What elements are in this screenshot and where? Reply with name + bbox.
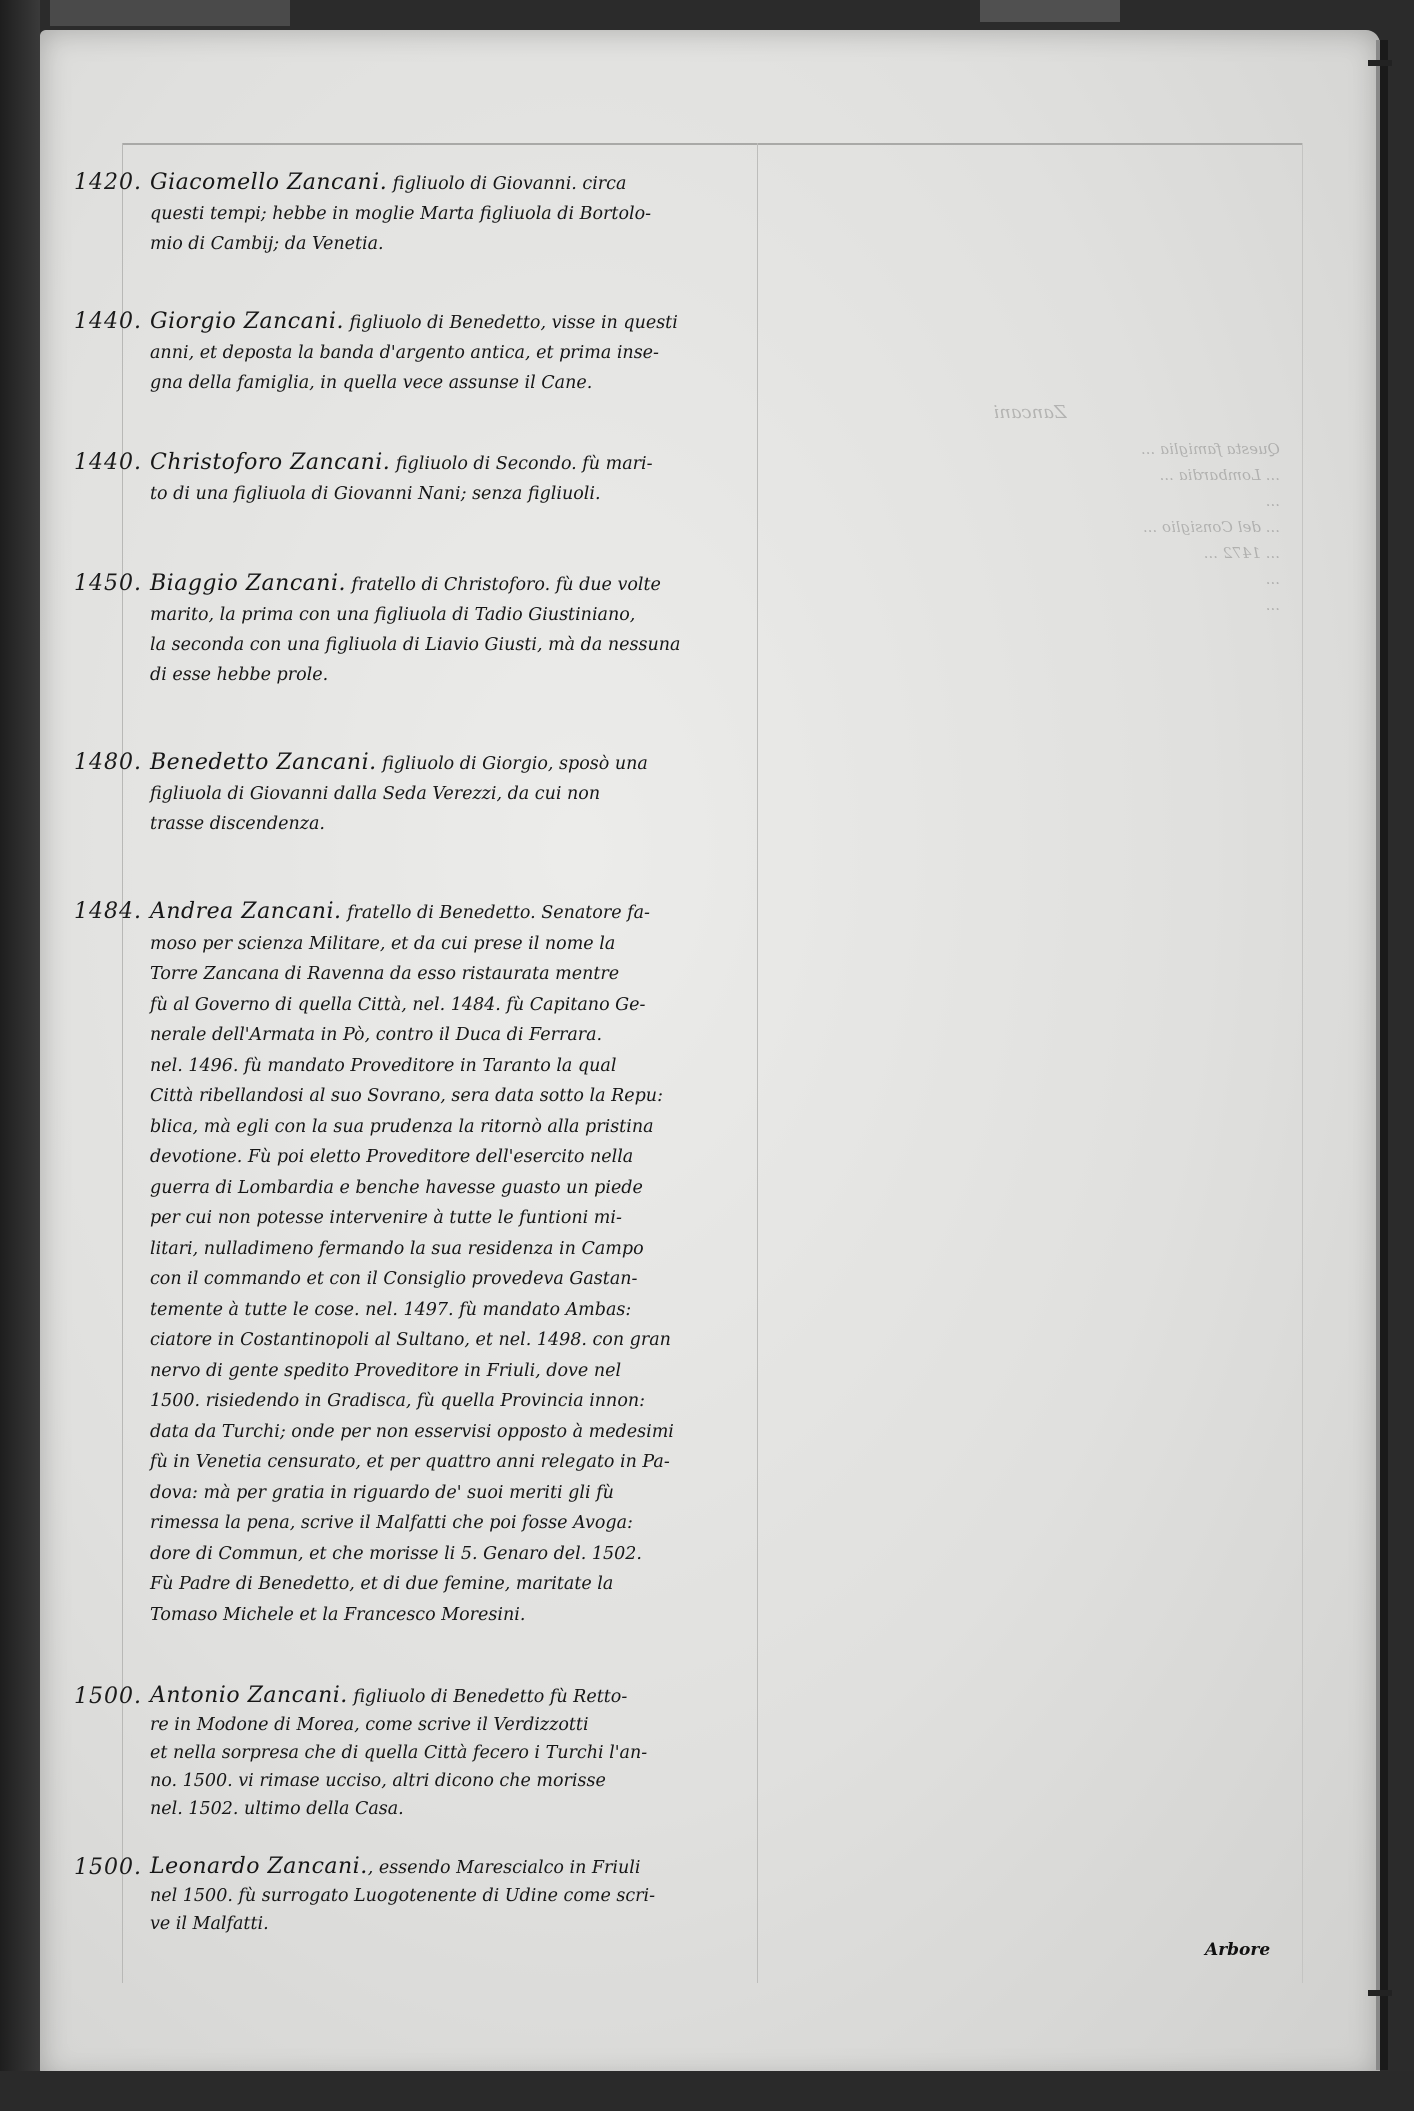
binding-thread <box>1376 40 1388 2070</box>
entry-text-line: blica, mà egli con la sua prudenza la ri… <box>150 1112 754 1143</box>
entry-year: 1480. <box>74 750 142 775</box>
genealogy-entries: 1420. Giacomello Zancani. figliuolo di G… <box>74 168 754 1938</box>
entry-text-line: , essendo Marescialco in Friuli <box>368 1858 641 1878</box>
entry-text-line: nel 1500. fù surrogato Luogotenente di U… <box>150 1882 754 1910</box>
entry-name: Leonardo Zancani. <box>150 1854 368 1879</box>
bleed-through-title: Zancani <box>780 400 1280 426</box>
entry-text-line: questi tempi; hebbe in moglie Marta figl… <box>150 199 754 229</box>
genealogy-entry: 1450. Biaggio Zancani. fratello di Chris… <box>74 569 754 690</box>
bleed-through-line: ... <box>780 488 1280 514</box>
scan-border-top-left <box>50 0 290 26</box>
entry-name: Biaggio Zancani. <box>150 571 346 596</box>
entry-text-line: con il commando et con il Consiglio prov… <box>150 1264 754 1295</box>
binding-knot <box>1368 1990 1392 1996</box>
scan-border-bottom <box>0 2071 1414 2111</box>
entry-name: Christoforo Zancani. <box>150 450 390 475</box>
entry-text-line: figliuolo di Giorgio, sposò una <box>382 754 648 774</box>
binding-knot <box>1368 60 1392 66</box>
entry-text-line: figliuolo di Giovanni. circa <box>393 174 627 194</box>
bleed-through-text: Zancani Questa famiglia ... ... Lombardi… <box>780 400 1280 618</box>
entry-text-line: dore di Commun, et che morisse li 5. Gen… <box>150 1539 754 1570</box>
entry-year: 1420. <box>74 170 142 195</box>
genealogy-entry: 1500. Leonardo Zancani., essendo Maresci… <box>74 1853 754 1938</box>
entry-text-line: marito, la prima con una figliuola di Ta… <box>150 600 754 630</box>
entry-text-line: data da Turchi; onde per non esservisi o… <box>150 1417 754 1448</box>
bleed-through-line: Questa famiglia ... <box>780 436 1280 462</box>
genealogy-entry: 1420. Giacomello Zancani. figliuolo di G… <box>74 168 754 259</box>
entry-text-line: no. 1500. vi rimase ucciso, altri dicono… <box>150 1767 754 1795</box>
catchword: Arbore <box>1205 1940 1270 1960</box>
entry-text-line: di esse hebbe prole. <box>150 660 754 690</box>
entry-text-line: nerale dell'Armata in Pò, contro il Duca… <box>150 1020 754 1051</box>
entry-year: 1484. <box>74 899 142 924</box>
entry-text-line: devotione. Fù poi eletto Proveditore del… <box>150 1142 754 1173</box>
entry-text-line: dova: mà per gratia in riguardo de' suoi… <box>150 1478 754 1509</box>
entry-text-line: rimessa la pena, scrive il Malfatti che … <box>150 1508 754 1539</box>
entry-text-line: ve il Malfatti. <box>150 1910 754 1938</box>
entry-text-line: litari, nulladimeno fermando la sua resi… <box>150 1234 754 1265</box>
entry-text-line: figliuolo di Benedetto, visse in questi <box>350 313 678 333</box>
entry-text-line: fù in Venetia censurato, et per quattro … <box>150 1447 754 1478</box>
entry-text-line: mio di Cambij; da Venetia. <box>150 229 754 259</box>
entry-year: 1440. <box>74 309 142 334</box>
entry-name: Benedetto Zancani. <box>150 750 377 775</box>
bleed-through-line: ... del Consiglio ... <box>780 514 1280 540</box>
entry-text-line: nel. 1502. ultimo della Casa. <box>150 1795 754 1823</box>
ruled-frame-right <box>1302 143 1303 1983</box>
entry-text-line: fù al Governo di quella Città, nel. 1484… <box>150 990 754 1021</box>
genealogy-entry: 1440. Giorgio Zancani. figliuolo di Bene… <box>74 307 754 398</box>
entry-text-line: fratello di Christoforo. fù due volte <box>352 575 661 595</box>
entry-text-line: trasse discendenza. <box>150 809 754 839</box>
entry-year: 1450. <box>74 571 142 596</box>
ruled-frame-top <box>122 143 1302 145</box>
entry-text-line: anni, et deposta la banda d'argento anti… <box>150 338 754 368</box>
bleed-through-line: ... Lombardia ... <box>780 462 1280 488</box>
entry-text-line: nel. 1496. fù mandato Proveditore in Tar… <box>150 1051 754 1082</box>
entry-text-line: Fù Padre di Benedetto, et di due femine,… <box>150 1569 754 1600</box>
entry-text-line: figliuolo di Secondo. fù mari- <box>396 454 653 474</box>
entry-text-line: fratello di Benedetto. Senatore fa- <box>347 903 650 923</box>
entry-name: Giorgio Zancani. <box>150 309 344 334</box>
bleed-through-line: ... <box>780 566 1280 592</box>
entry-text-line: Tomaso Michele et la Francesco Moresini. <box>150 1600 754 1631</box>
entry-text-line: Torre Zancana di Ravenna da esso ristaur… <box>150 959 754 990</box>
entry-text-line: per cui non potesse intervenire à tutte … <box>150 1203 754 1234</box>
bleed-through-line: ... <box>780 592 1280 618</box>
entry-name: Andrea Zancani. <box>150 899 342 924</box>
ruled-column-divider <box>757 143 758 1983</box>
genealogy-entry: 1440. Christoforo Zancani. figliuolo di … <box>74 448 754 509</box>
genealogy-entry: 1500. Antonio Zancani. figliuolo di Bene… <box>74 1682 754 1823</box>
entry-text-line: to di una figliuola di Giovanni Nani; se… <box>150 479 754 509</box>
entry-text-line: gna della famiglia, in quella vece assun… <box>150 368 754 398</box>
entry-text-line: 1500. risiedendo in Gradisca, fù quella … <box>150 1386 754 1417</box>
entry-text-line: figliuola di Giovanni dalla Seda Verezzi… <box>150 779 754 809</box>
entry-text-line: moso per scienza Militare, et da cui pre… <box>150 929 754 960</box>
genealogy-entry: 1480. Benedetto Zancani. figliuolo di Gi… <box>74 748 754 839</box>
entry-text-line: Città ribellandosi al suo Sovrano, sera … <box>150 1081 754 1112</box>
entry-text-line: la seconda con una figliuola di Liavio G… <box>150 630 754 660</box>
entry-name: Antonio Zancani. <box>150 1683 348 1708</box>
entry-text-line: ciatore in Costantinopoli al Sultano, et… <box>150 1325 754 1356</box>
entry-year: 1500. <box>74 1684 142 1709</box>
entry-text-line: nervo di gente spedito Proveditore in Fr… <box>150 1356 754 1387</box>
bleed-through-line: ... 1472 ... <box>780 540 1280 566</box>
entry-text-line: re in Modone di Morea, come scrive il Ve… <box>150 1711 754 1739</box>
scan-border-top-right <box>980 0 1120 22</box>
entry-name: Giacomello Zancani. <box>150 170 387 195</box>
entry-year: 1440. <box>74 450 142 475</box>
entry-year: 1500. <box>74 1855 142 1880</box>
entry-text-line: temente à tutte le cose. nel. 1497. fù m… <box>150 1295 754 1326</box>
genealogy-entry: 1484. Andrea Zancani. fratello di Benede… <box>74 897 754 1630</box>
scan-border-left <box>0 0 40 2111</box>
entry-text-line: guerra di Lombardia e benche havesse gua… <box>150 1173 754 1204</box>
entry-text-line: figliuolo di Benedetto fù Retto- <box>353 1687 627 1707</box>
entry-text-line: et nella sorpresa che di quella Città fe… <box>150 1739 754 1767</box>
